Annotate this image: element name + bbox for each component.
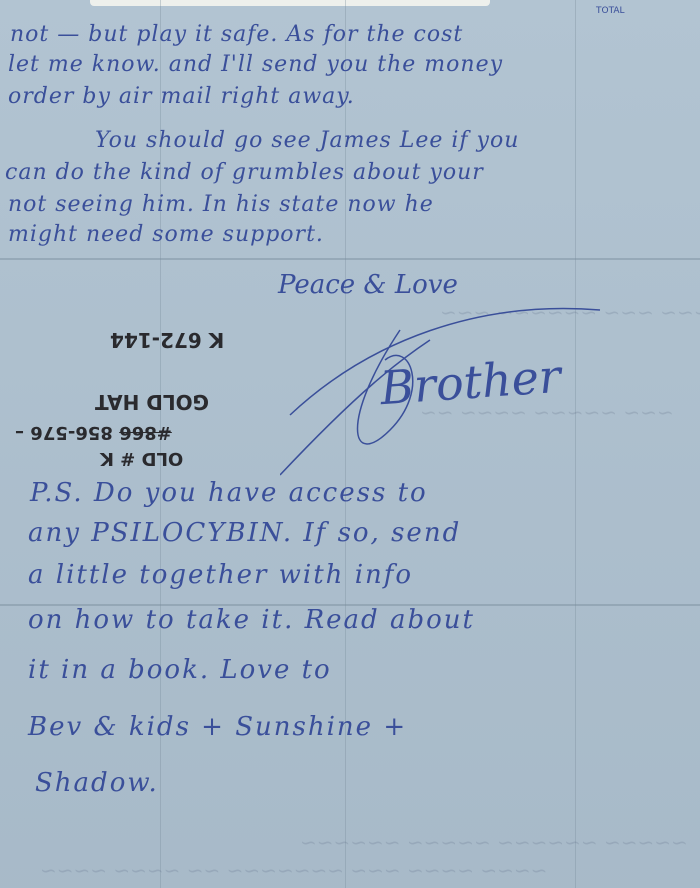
pencil-note: OLD # K — [100, 448, 183, 469]
body-line: not seeing him. In his state now he — [8, 192, 434, 217]
bleed-through-text: ~~~~ ~~~~ ~~~ ~~~~~~~ ~~ ~~~~ ~~~~ — [40, 858, 547, 882]
letter-page: ~~~~ ~~~ ~~~~~~ ~~~ ~~~ ~~~~~ ~~~~ ~~ ~~… — [0, 0, 700, 888]
fold-line — [0, 258, 700, 260]
ps-line: Bev & kids + Sunshine + — [28, 712, 407, 742]
ps-line: it in a book. Love to — [28, 655, 332, 685]
bleed-through-text: ~~~~~ ~~~~~~ ~~~~~ ~~~~~~ — [300, 830, 688, 854]
body-line: order by air mail right away. — [8, 84, 355, 109]
torn-edge — [90, 0, 490, 6]
pencil-note: GOLD HAT — [95, 390, 209, 414]
ps-line: Shadow. — [35, 768, 159, 798]
ps-line: P.S. Do you have access to — [30, 478, 428, 508]
body-line: You should go see James Lee if you — [95, 128, 519, 153]
body-line: might need some support. — [8, 222, 324, 247]
insertion-note: TOTAL — [596, 6, 625, 16]
ps-line: any PSILOCYBIN. If so, send — [28, 518, 461, 548]
struck-number: #866 — [119, 422, 172, 443]
signature-flourish — [280, 300, 620, 480]
ps-line: a little together with info — [28, 560, 413, 590]
body-line: let me know. and I'll send you the money — [8, 52, 503, 77]
pencil-note-row: #866 856-576 – — [15, 422, 172, 443]
pencil-note: K 672-144 — [110, 328, 224, 352]
closing: Peace & Love — [278, 270, 458, 300]
ps-line: on how to take it. Read about — [28, 605, 475, 635]
phone-number: 856-576 – — [15, 422, 113, 443]
body-line: not — but play it safe. As for the cost — [10, 22, 463, 47]
body-line: can do the kind of grumbles about your — [5, 160, 484, 185]
